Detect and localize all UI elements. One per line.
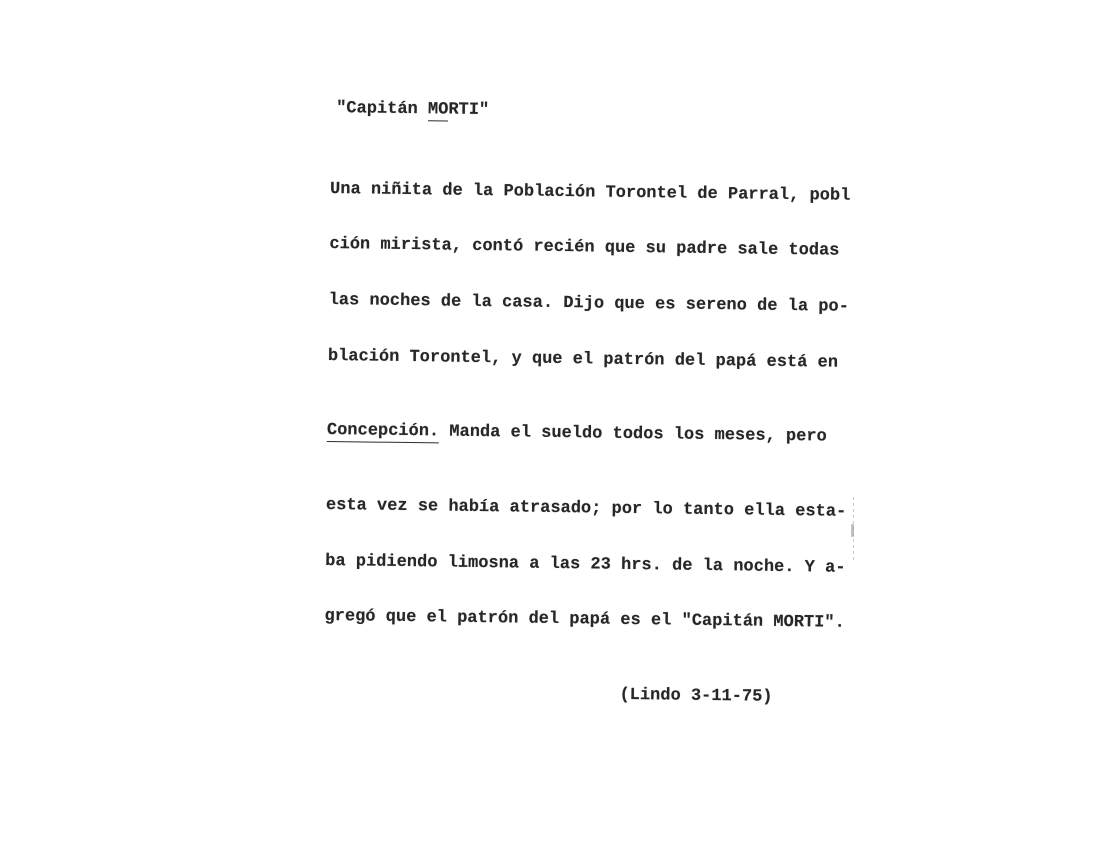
body-line-1: Una niñita de la Población Torontel de P…: [330, 181, 850, 206]
underlined-word-concepcion: Concepción.: [327, 421, 439, 443]
title-prefix: "Capitán: [336, 99, 428, 119]
title-suffix: RTI": [448, 100, 489, 120]
body-line-5: Concepción. Manda el sueldo todos los me…: [327, 422, 847, 447]
body-line-3: las noches de la casa. Dijo que es seren…: [329, 292, 849, 317]
attribution-line: (Lindo 3-11-75): [323, 683, 843, 708]
body-line-2: ción mirista, contó recién que su padre …: [329, 236, 849, 261]
body-line-6: esta vez se había atrasado; por lo tanto…: [326, 497, 846, 522]
scanned-document-page: "Capitán MORTI" Una niñita de la Poblaci…: [0, 0, 1100, 850]
body-line-4: blación Torontel, y que el patrón del pa…: [328, 348, 848, 373]
scan-artifact-mark: [851, 524, 854, 537]
body-line-7: ba pidiendo limosna a las 23 hrs. de la …: [325, 552, 845, 577]
document-title: "Capitán MORTI": [336, 100, 851, 125]
typed-text-block: "Capitán MORTI" Una niñita de la Poblaci…: [323, 44, 853, 764]
title-underlined-segment: MO: [428, 100, 449, 121]
body-line-8: gregó que el patrón del papá es el "Capi…: [324, 608, 844, 633]
body-line-5-rest: Manda el sueldo todos los meses, pero: [439, 423, 827, 447]
